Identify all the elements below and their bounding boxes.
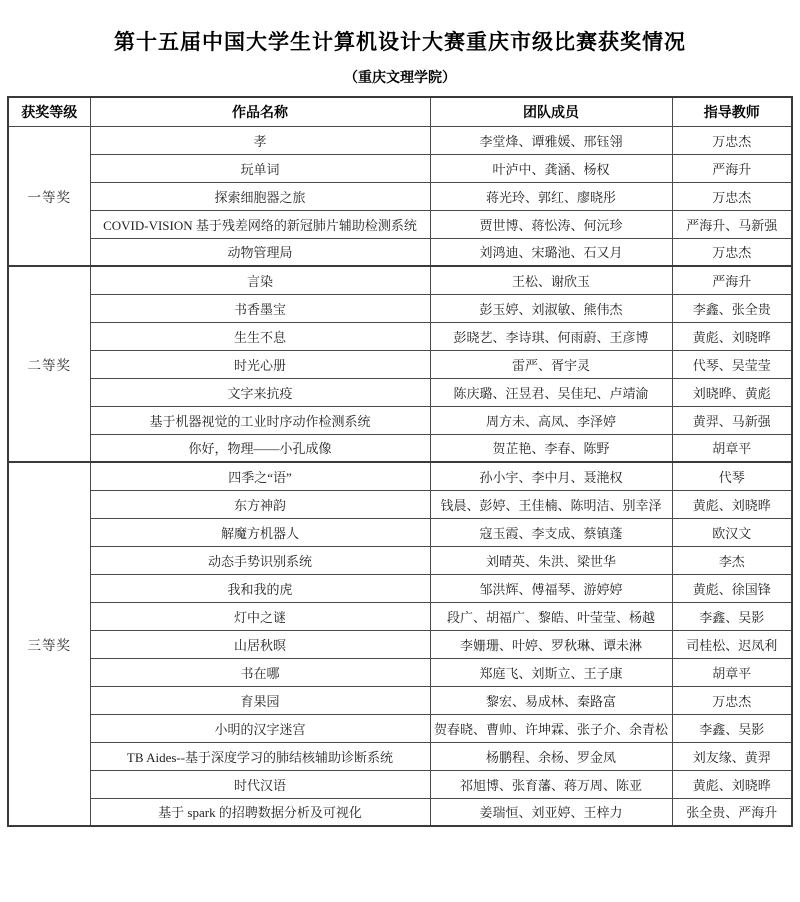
team-members-cell: 杨鹏程、余杨、罗金凤 [430,742,672,770]
table-row: 书在哪郑庭飞、刘斯立、王子康胡章平 [8,658,792,686]
team-members-cell: 叶泸中、龚涵、杨权 [430,154,672,182]
advisors-cell: 黄羿、马新强 [672,406,792,434]
table-row: 玩单词叶泸中、龚涵、杨权严海升 [8,154,792,182]
advisors-cell: 万忠杰 [672,686,792,714]
team-members-cell: 钱晨、彭婷、王佳楠、陈明洁、别幸泽 [430,490,672,518]
work-name-cell: 探索细胞器之旅 [90,182,430,210]
work-name-cell: 动态手势识别系统 [90,546,430,574]
advisors-cell: 刘友缘、黄羿 [672,742,792,770]
table-row: 二等奖言染王松、谢欣玉严海升 [8,266,792,294]
advisors-cell: 李杰 [672,546,792,574]
work-name-cell: 我和我的虎 [90,574,430,602]
work-name-cell: 生生不息 [90,322,430,350]
team-members-cell: 陈庆璐、汪昱君、吴佳玘、卢靖渝 [430,378,672,406]
table-row: 动物管理局刘鸿迪、宋璐池、石又月万忠杰 [8,238,792,266]
work-name-cell: 你好，物理——小孔成像 [90,434,430,462]
team-members-cell: 祁旭博、张育藩、蒋万周、陈亚 [430,770,672,798]
team-members-cell: 周方未、高凤、李泽婷 [430,406,672,434]
column-header-award-level: 获奖等级 [8,97,90,126]
table-body: 一等奖孝李堂烽、谭雅媛、邢钰翎万忠杰玩单词叶泸中、龚涵、杨权严海升探索细胞器之旅… [8,126,792,826]
table-row: 我和我的虎邹洪辉、傅福琴、游婷婷黄彪、徐国锋 [8,574,792,602]
advisors-cell: 黄彪、徐国锋 [672,574,792,602]
work-name-cell: 玩单词 [90,154,430,182]
table-row: 解魔方机器人寇玉霞、李支成、蔡镇蓬欧汉文 [8,518,792,546]
work-name-cell: 动物管理局 [90,238,430,266]
advisors-cell: 代琴、吴莹莹 [672,350,792,378]
team-members-cell: 郑庭飞、刘斯立、王子康 [430,658,672,686]
advisors-cell: 代琴 [672,462,792,490]
column-header-advisors: 指导教师 [672,97,792,126]
work-name-cell: 孝 [90,126,430,154]
table-row: 东方神韵钱晨、彭婷、王佳楠、陈明洁、别幸泽黄彪、刘晓晔 [8,490,792,518]
advisors-cell: 胡章平 [672,434,792,462]
page-subtitle: （重庆文理学院） [0,56,800,96]
table-row: 基于 spark 的招聘数据分析及可视化姜瑞恒、刘亚婷、王梓力张全贵、严海升 [8,798,792,826]
table-row: 文字来抗疫陈庆璐、汪昱君、吴佳玘、卢靖渝刘晓晔、黄彪 [8,378,792,406]
advisors-cell: 李鑫、吴影 [672,714,792,742]
work-name-cell: 文字来抗疫 [90,378,430,406]
work-name-cell: 书香墨宝 [90,294,430,322]
award-level-cell: 二等奖 [8,266,90,462]
table-row: 时光心册雷严、胥宇灵代琴、吴莹莹 [8,350,792,378]
advisors-cell: 黄彪、刘晓晔 [672,322,792,350]
team-members-cell: 李堂烽、谭雅媛、邢钰翎 [430,126,672,154]
page-title: 第十五届中国大学生计算机设计大赛重庆市级比赛获奖情况 [0,0,800,56]
team-members-cell: 彭晓艺、李诗琪、何雨蔚、王彦博 [430,322,672,350]
work-name-cell: 时代汉语 [90,770,430,798]
work-name-cell: COVID-VISION 基于残差网络的新冠肺片辅助检测系统 [90,210,430,238]
award-level-cell: 三等奖 [8,462,90,826]
advisors-cell: 司桂松、迟凤利 [672,630,792,658]
advisors-cell: 欧汉文 [672,518,792,546]
team-members-cell: 贺芷艳、李春、陈野 [430,434,672,462]
work-name-cell: 小明的汉字迷宫 [90,714,430,742]
table-row: 生生不息彭晓艺、李诗琪、何雨蔚、王彦博黄彪、刘晓晔 [8,322,792,350]
team-members-cell: 黎宏、易成林、秦路富 [430,686,672,714]
table-row: COVID-VISION 基于残差网络的新冠肺片辅助检测系统贾世博、蒋忪涛、何沅… [8,210,792,238]
team-members-cell: 彭玉婷、刘淑敏、熊伟杰 [430,294,672,322]
team-members-cell: 姜瑞恒、刘亚婷、王梓力 [430,798,672,826]
work-name-cell: 四季之“语” [90,462,430,490]
work-name-cell: 东方神韵 [90,490,430,518]
advisors-cell: 黄彪、刘晓晔 [672,770,792,798]
advisors-cell: 张全贵、严海升 [672,798,792,826]
team-members-cell: 寇玉霞、李支成、蔡镇蓬 [430,518,672,546]
team-members-cell: 孙小宇、李中月、聂滟权 [430,462,672,490]
work-name-cell: 言染 [90,266,430,294]
team-members-cell: 刘鸿迪、宋璐池、石又月 [430,238,672,266]
table-row: 你好，物理——小孔成像贺芷艳、李春、陈野胡章平 [8,434,792,462]
advisors-cell: 严海升 [672,154,792,182]
table-row: 探索细胞器之旅蒋光玲、郭红、廖晓彤万忠杰 [8,182,792,210]
table-header-row: 获奖等级 作品名称 团队成员 指导教师 [8,97,792,126]
team-members-cell: 贺春晓、曹帅、许坤霖、张子介、余青松 [430,714,672,742]
work-name-cell: 基于 spark 的招聘数据分析及可视化 [90,798,430,826]
work-name-cell: 育果园 [90,686,430,714]
work-name-cell: 解魔方机器人 [90,518,430,546]
advisors-cell: 严海升、马新强 [672,210,792,238]
table-row: 山居秋暝李姗珊、叶婷、罗秋琳、谭未淋司桂松、迟凤利 [8,630,792,658]
advisors-cell: 万忠杰 [672,126,792,154]
advisors-cell: 万忠杰 [672,238,792,266]
work-name-cell: TB Aides--基于深度学习的肺结核辅助诊断系统 [90,742,430,770]
work-name-cell: 山居秋暝 [90,630,430,658]
work-name-cell: 书在哪 [90,658,430,686]
table-row: 时代汉语祁旭博、张育藩、蒋万周、陈亚黄彪、刘晓晔 [8,770,792,798]
table-row: 三等奖四季之“语”孙小宇、李中月、聂滟权代琴 [8,462,792,490]
table-row: TB Aides--基于深度学习的肺结核辅助诊断系统杨鹏程、余杨、罗金凤刘友缘、… [8,742,792,770]
team-members-cell: 贾世博、蒋忪涛、何沅珍 [430,210,672,238]
team-members-cell: 李姗珊、叶婷、罗秋琳、谭未淋 [430,630,672,658]
table-row: 灯中之谜段广、胡福广、黎皓、叶莹莹、杨越李鑫、吴影 [8,602,792,630]
advisors-cell: 严海升 [672,266,792,294]
team-members-cell: 刘晴英、朱洪、梁世华 [430,546,672,574]
table-row: 书香墨宝彭玉婷、刘淑敏、熊伟杰李鑫、张全贵 [8,294,792,322]
table-row: 一等奖孝李堂烽、谭雅媛、邢钰翎万忠杰 [8,126,792,154]
column-header-work-name: 作品名称 [90,97,430,126]
advisors-cell: 李鑫、张全贵 [672,294,792,322]
document-page: 第十五届中国大学生计算机设计大赛重庆市级比赛获奖情况 （重庆文理学院） 获奖等级… [0,0,800,902]
advisors-cell: 胡章平 [672,658,792,686]
work-name-cell: 基于机器视觉的工业时序动作检测系统 [90,406,430,434]
team-members-cell: 段广、胡福广、黎皓、叶莹莹、杨越 [430,602,672,630]
advisors-cell: 黄彪、刘晓晔 [672,490,792,518]
advisors-cell: 万忠杰 [672,182,792,210]
table-row: 基于机器视觉的工业时序动作检测系统周方未、高凤、李泽婷黄羿、马新强 [8,406,792,434]
team-members-cell: 邹洪辉、傅福琴、游婷婷 [430,574,672,602]
team-members-cell: 雷严、胥宇灵 [430,350,672,378]
work-name-cell: 灯中之谜 [90,602,430,630]
work-name-cell: 时光心册 [90,350,430,378]
column-header-team-members: 团队成员 [430,97,672,126]
award-results-table: 获奖等级 作品名称 团队成员 指导教师 一等奖孝李堂烽、谭雅媛、邢钰翎万忠杰玩单… [7,96,793,827]
advisors-cell: 刘晓晔、黄彪 [672,378,792,406]
advisors-cell: 李鑫、吴影 [672,602,792,630]
team-members-cell: 王松、谢欣玉 [430,266,672,294]
table-row: 育果园黎宏、易成林、秦路富万忠杰 [8,686,792,714]
team-members-cell: 蒋光玲、郭红、廖晓彤 [430,182,672,210]
table-row: 小明的汉字迷宫贺春晓、曹帅、许坤霖、张子介、余青松李鑫、吴影 [8,714,792,742]
table-row: 动态手势识别系统刘晴英、朱洪、梁世华李杰 [8,546,792,574]
award-level-cell: 一等奖 [8,126,90,266]
